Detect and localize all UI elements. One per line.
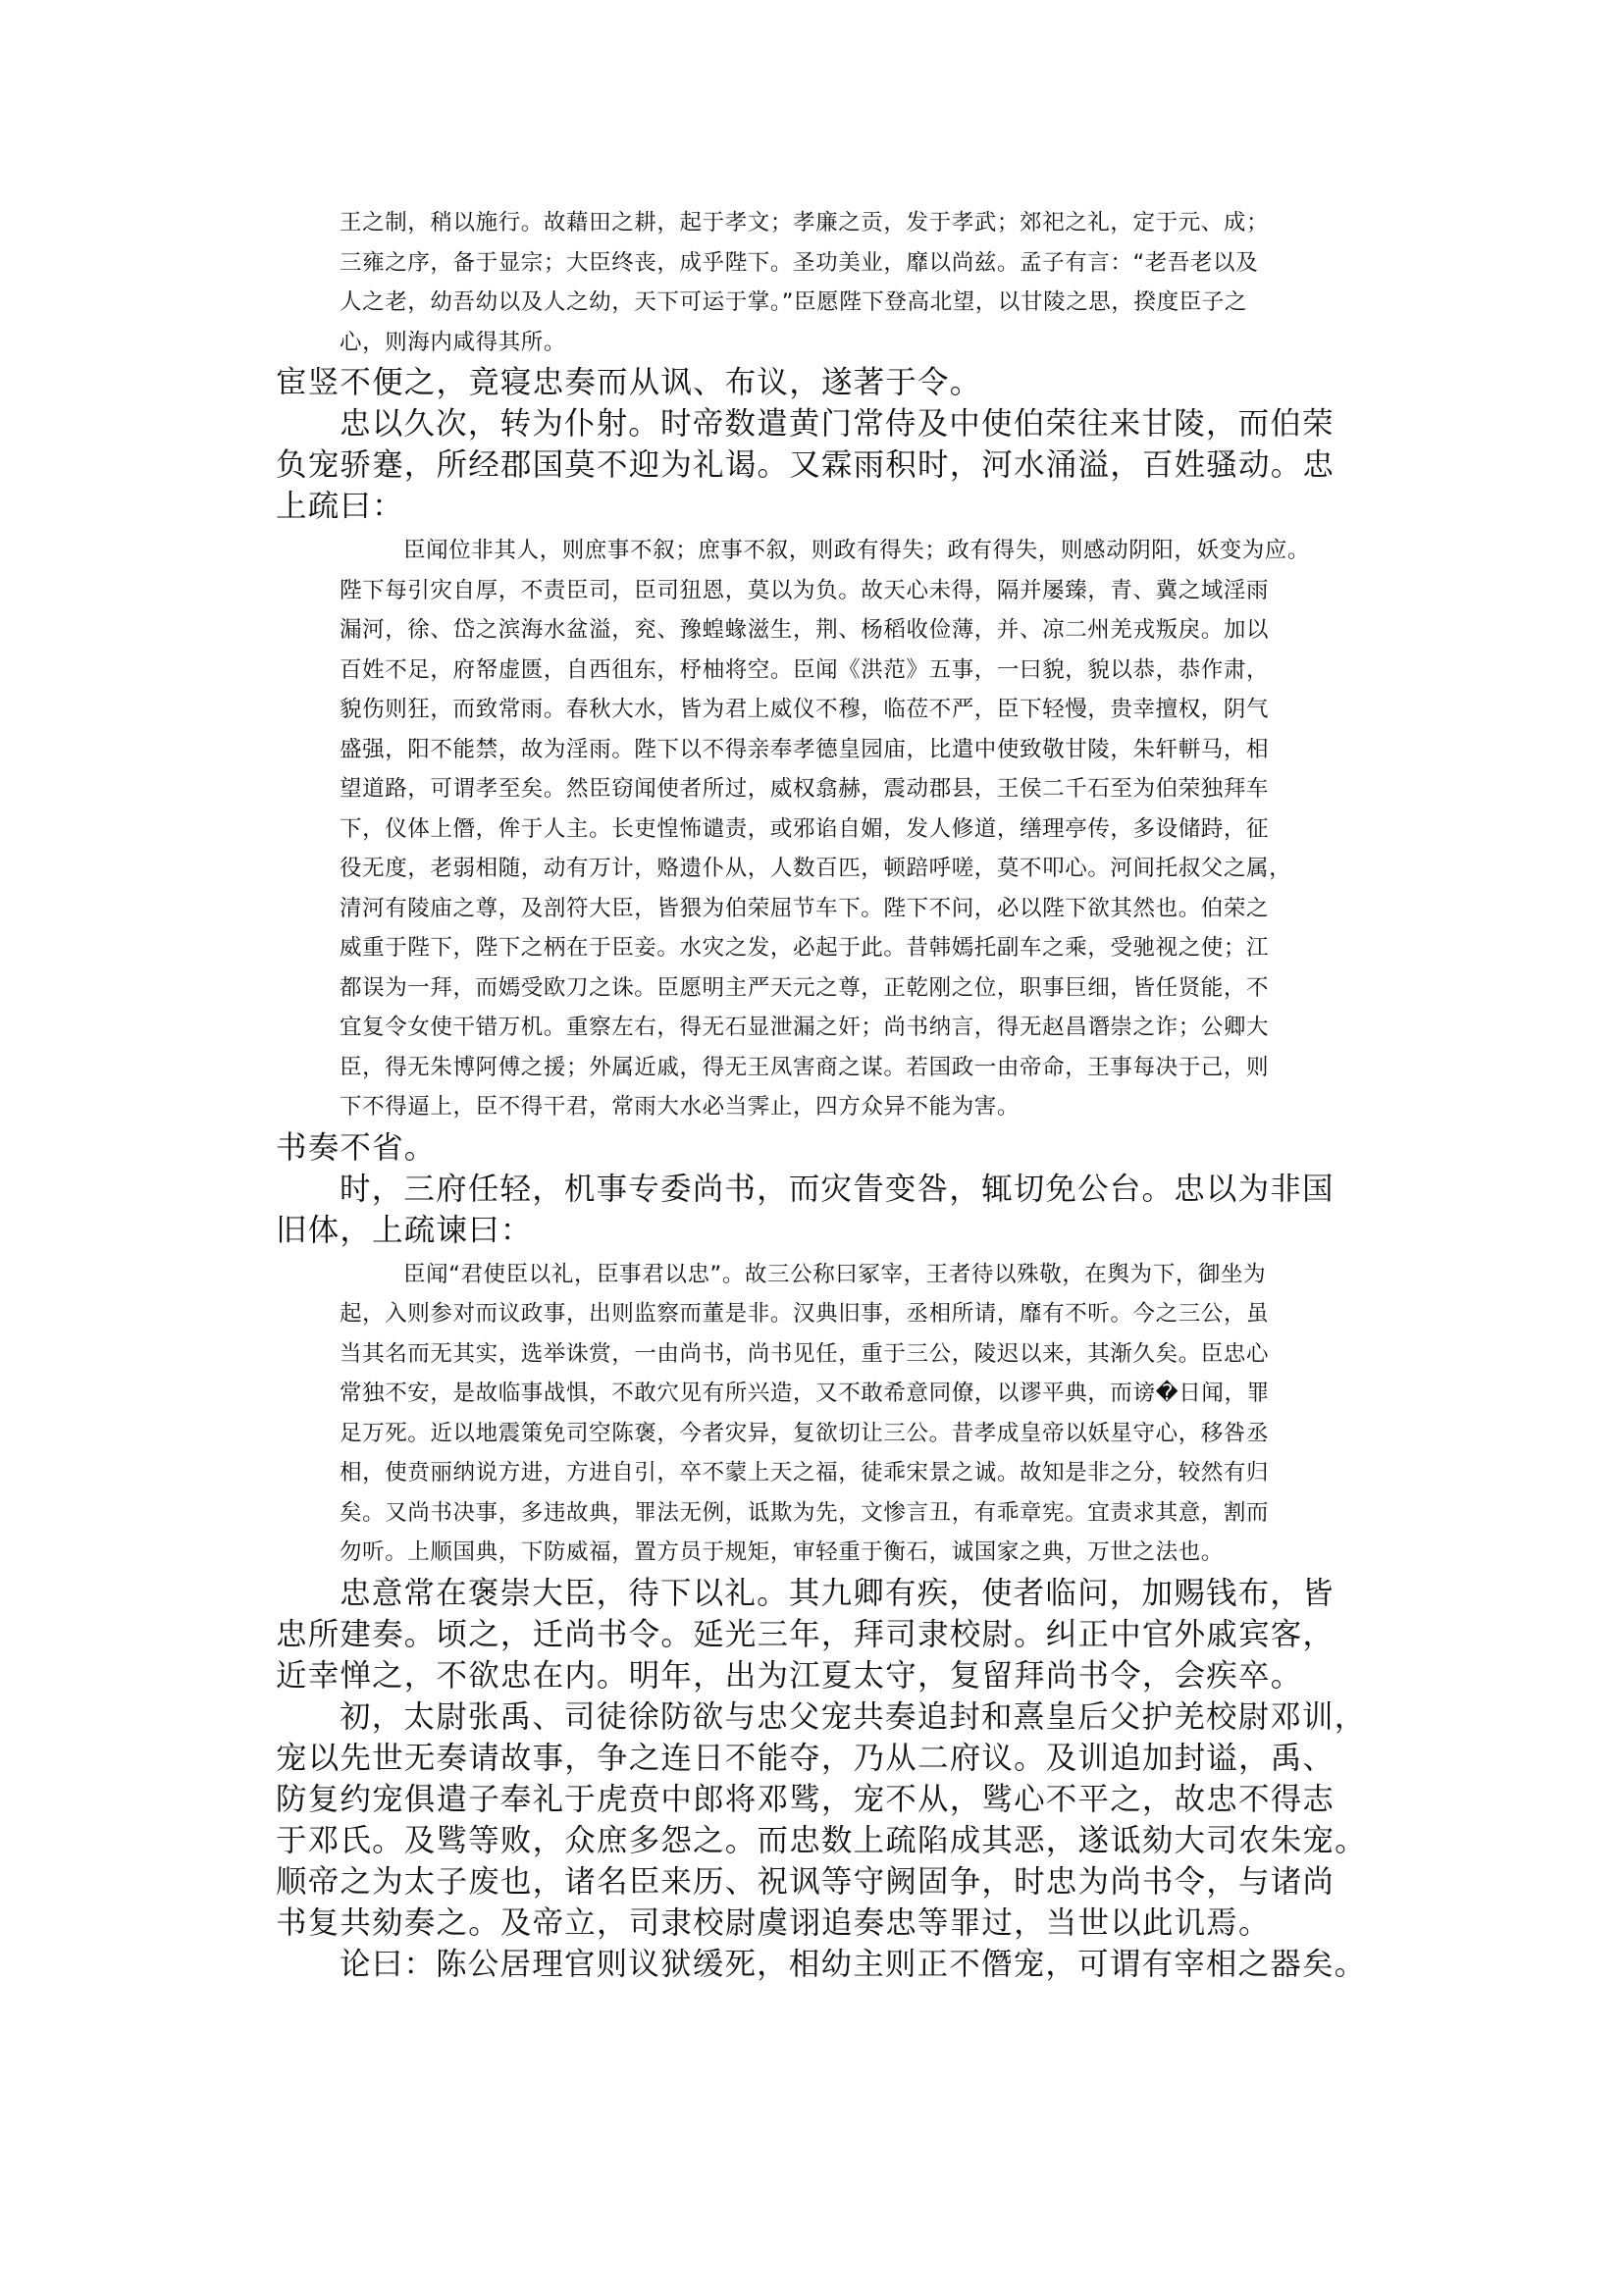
- paragraph-edict-result: 宦竖不便之，竟寝忠奏而从讽、布议，遂著于令。: [276, 362, 1355, 403]
- quote-line: 百姓不足，府帑虚匮，自西徂东，杼柚将空。臣闻《洪范》五事，一曰貌，貌以恭，恭作肃…: [340, 651, 1350, 691]
- paragraph-honoring-ministers: 忠意常在褒崇大臣，待下以礼。其九卿有疾，使者临问，加赐钱布，皆 忠所建奏。顷之，…: [276, 1573, 1355, 1696]
- body-line: 忠以久次，转为仆射。时帝数遣黄门常侍及中使伯荣往来甘陵，而伯荣: [276, 403, 1355, 444]
- quote-line: 宜复令女使干错万机。重察左右，得无石显泄漏之奸；尚书纳言，得无赵昌谮崇之诈；公卿…: [340, 1008, 1350, 1048]
- quote-line: 王之制，稍以施行。故藉田之耕，起于孝文；孝廉之贡，发于孝武；郊祀之礼，定于元、成…: [340, 203, 1350, 243]
- body-line: 宦竖不便之，竟寝忠奏而从讽、布议，遂著于令。: [276, 362, 1355, 403]
- quote-line: 清河有陵庙之尊，及剖符大臣，皆猥为伯荣屈节车下。陛下不问，必以陛下欲其然也。伯荣…: [340, 889, 1350, 929]
- body-line: 宠以先世无奏请故事，争之连日不能夺，乃从二府议。及训追加封谥，禹、: [276, 1738, 1355, 1779]
- body-line: 近幸惮之，不欲忠在内。明年，出为江夏太守，复留拜尚书令，会疾卒。: [276, 1655, 1355, 1696]
- quote-line: 心，则海内咸得其所。: [340, 323, 1350, 363]
- paragraph-promotion: 忠以久次，转为仆射。时帝数遣黄门常侍及中使伯荣往来甘陵，而伯荣 负宠骄蹇，所经郡…: [276, 403, 1355, 527]
- quote-line: 下，仪体上僭，侔于人主。长吏惶怖谴责，或邪谄自媚，发人修道，缮理亭传，多设储跱，…: [340, 809, 1350, 850]
- memorial-quote-3: 臣闻“君使臣以礼，臣事君以忠”。故三公称曰冢宰，王者待以殊敬，在舆为下，御坐为 …: [340, 1255, 1350, 1573]
- quote-line: 足万死。近以地震策免司空陈褒，今者灾异，复欲切让三公。昔孝成皇帝以妖星守心，移咎…: [340, 1414, 1350, 1454]
- body-line: 旧体，上疏谏曰：: [276, 1210, 1355, 1251]
- quote-line: 臣闻“君使臣以礼，臣事君以忠”。故三公称曰冢宰，王者待以殊敬，在舆为下，御坐为: [340, 1255, 1350, 1295]
- quote-line: 役无度，老弱相随，动有万计，赂遗仆从，人数百匹，顿踣呼嗟，莫不叩心。河间托叔父之…: [340, 849, 1350, 889]
- quote-line: 望道路，可谓孝至矣。然臣窃闻使者所过，威权翕赫，震动郡县，王侯二千石至为伯荣独拜…: [340, 769, 1350, 809]
- paragraph-commentary: 论曰：陈公居理官则议狱缓死，相幼主则正不僭宠，可谓有宰相之器矣。: [276, 1944, 1355, 1985]
- quote-line: 都误为一拜，而嫣受欧刀之诛。臣愿明主严天元之尊，正乾刚之位，职事巨细，皆任贤能，…: [340, 968, 1350, 1009]
- quote-line: 下不得逼上，臣不得干君，常雨大水必当霁止，四方众异不能为害。: [340, 1087, 1350, 1127]
- quote-line: 人之老，幼吾幼以及人之幼，天下可运于掌。”臣愿陛下登高北望，以甘陵之思，揆度臣子…: [340, 283, 1350, 323]
- paragraph-three-offices: 时，三府任轻，机事专委尚书，而灾眚变咎，辄切免公台。忠以为非国 旧体，上疏谏曰：: [276, 1169, 1355, 1251]
- quote-line: 盛强，阳不能禁，故为淫雨。陛下以不得亲奉孝德皇园庙，比遣中使致敬甘陵，朱轩軿马，…: [340, 730, 1350, 770]
- memorial-quote-1: 王之制，稍以施行。故藉田之耕，起于孝文；孝廉之贡，发于孝武；郊祀之礼，定于元、成…: [340, 203, 1350, 362]
- body-line: 于邓氏。及骘等败，众庶多怨之。而忠数上疏陷成其恶，遂诋劾大司农朱宠。: [276, 1820, 1355, 1861]
- quote-line: 勿听。上顺国典，下防威福，置方员于规矩，审轻重于衡石，诚国家之典，万世之法也。: [340, 1533, 1350, 1573]
- quote-line: 常独不安，是故临事战惧，不敢穴见有所兴造，又不敢希意同僚，以谬平典，而谤�日闻，…: [340, 1374, 1350, 1414]
- quote-line: 漏河，徐、岱之滨海水盆溢，兖、豫蝗蝝滋生，荆、杨稻收俭薄，并、凉二州羌戎叛戾。加…: [340, 610, 1350, 651]
- quote-line: 貌伤则狂，而致常雨。春秋大水，皆为君上威仪不穆，临莅不严，臣下轻慢，贵幸擅权，阴…: [340, 690, 1350, 730]
- quote-line: 起，入则参对而议政事，出则监察而董是非。汉典旧事，丞相所请，靡有不听。今之三公，…: [340, 1294, 1350, 1334]
- quote-line: 矣。又尚书决事，多违故典，罪法无例，诋欺为先，文惨言丑，有乖章宪。宜责求其意，割…: [340, 1493, 1350, 1534]
- body-line: 忠所建奏。顷之，迁尚书令。延光三年，拜司隶校尉。纠正中官外戚宾客，: [276, 1614, 1355, 1655]
- quote-line: 臣闻位非其人，则庶事不叙；庶事不叙，则政有得失；政有得失，则感动阴阳，妖变为应。: [340, 531, 1350, 571]
- body-line: 负宠骄蹇，所经郡国莫不迎为礼谒。又霖雨积时，河水涌溢，百姓骚动。忠: [276, 444, 1355, 486]
- body-line: 书奏不省。: [276, 1127, 1355, 1169]
- body-line: 书复共劾奏之。及帝立，司隶校尉虞诩追奏忠等罪过，当世以此讥焉。: [276, 1903, 1355, 1944]
- body-line: 时，三府任轻，机事专委尚书，而灾眚变咎，辄切免公台。忠以为非国: [276, 1169, 1355, 1210]
- quote-line: 三雍之序，备于显宗；大臣终丧，成乎陛下。圣功美业，靡以尚兹。孟子有言：“老吾老以…: [340, 243, 1350, 284]
- document-page: 王之制，稍以施行。故藉田之耕，起于孝文；孝廉之贡，发于孝武；郊祀之礼，定于元、成…: [276, 203, 1355, 1985]
- body-line: 防复约宠俱遣子奉礼于虎贲中郎将邓骘，宠不从，骘心不平之，故忠不得志: [276, 1779, 1355, 1820]
- body-line: 顺帝之为太子废也，诸名臣来历、祝讽等守阙固争，时忠为尚书令，与诸尚: [276, 1861, 1355, 1903]
- body-line: 论曰：陈公居理官则议狱缓死，相幼主则正不僭宠，可谓有宰相之器矣。: [276, 1944, 1355, 1985]
- quote-line: 相，使贲丽纳说方进，方进自引，卒不蒙上天之福，徒乖宋景之诚。故知是非之分，较然有…: [340, 1453, 1350, 1493]
- quote-line: 臣，得无朱博阿傅之援；外属近戚，得无王凤害商之谋。若国政一由帝命，王事每决于己，…: [340, 1048, 1350, 1088]
- quote-line: 陛下每引灾自厚，不责臣司，臣司狃恩，莫以为负。故天心未得，隔并屡臻，青、冀之域淫…: [340, 571, 1350, 611]
- paragraph-deng-family: 初，太尉张禹、司徒徐防欲与忠父宠共奏追封和熹皇后父护羌校尉邓训， 宠以先世无奏请…: [276, 1696, 1355, 1944]
- body-line: 忠意常在褒崇大臣，待下以礼。其九卿有疾，使者临问，加赐钱布，皆: [276, 1573, 1355, 1614]
- body-line: 初，太尉张禹、司徒徐防欲与忠父宠共奏追封和熹皇后父护羌校尉邓训，: [276, 1696, 1355, 1738]
- memorial-quote-2: 臣闻位非其人，则庶事不叙；庶事不叙，则政有得失；政有得失，则感动阴阳，妖变为应。…: [340, 531, 1350, 1127]
- body-line: 上疏曰：: [276, 486, 1355, 527]
- quote-line: 威重于陛下，陛下之柄在于臣妾。水灾之发，必起于此。昔韩嫣托副车之乘，受驰视之使；…: [340, 928, 1350, 968]
- paragraph-not-reviewed: 书奏不省。: [276, 1127, 1355, 1169]
- quote-line: 当其名而无其实，选举诛赏，一由尚书，尚书见任，重于三公，陵迟以来，其渐久矣。臣忠…: [340, 1334, 1350, 1375]
